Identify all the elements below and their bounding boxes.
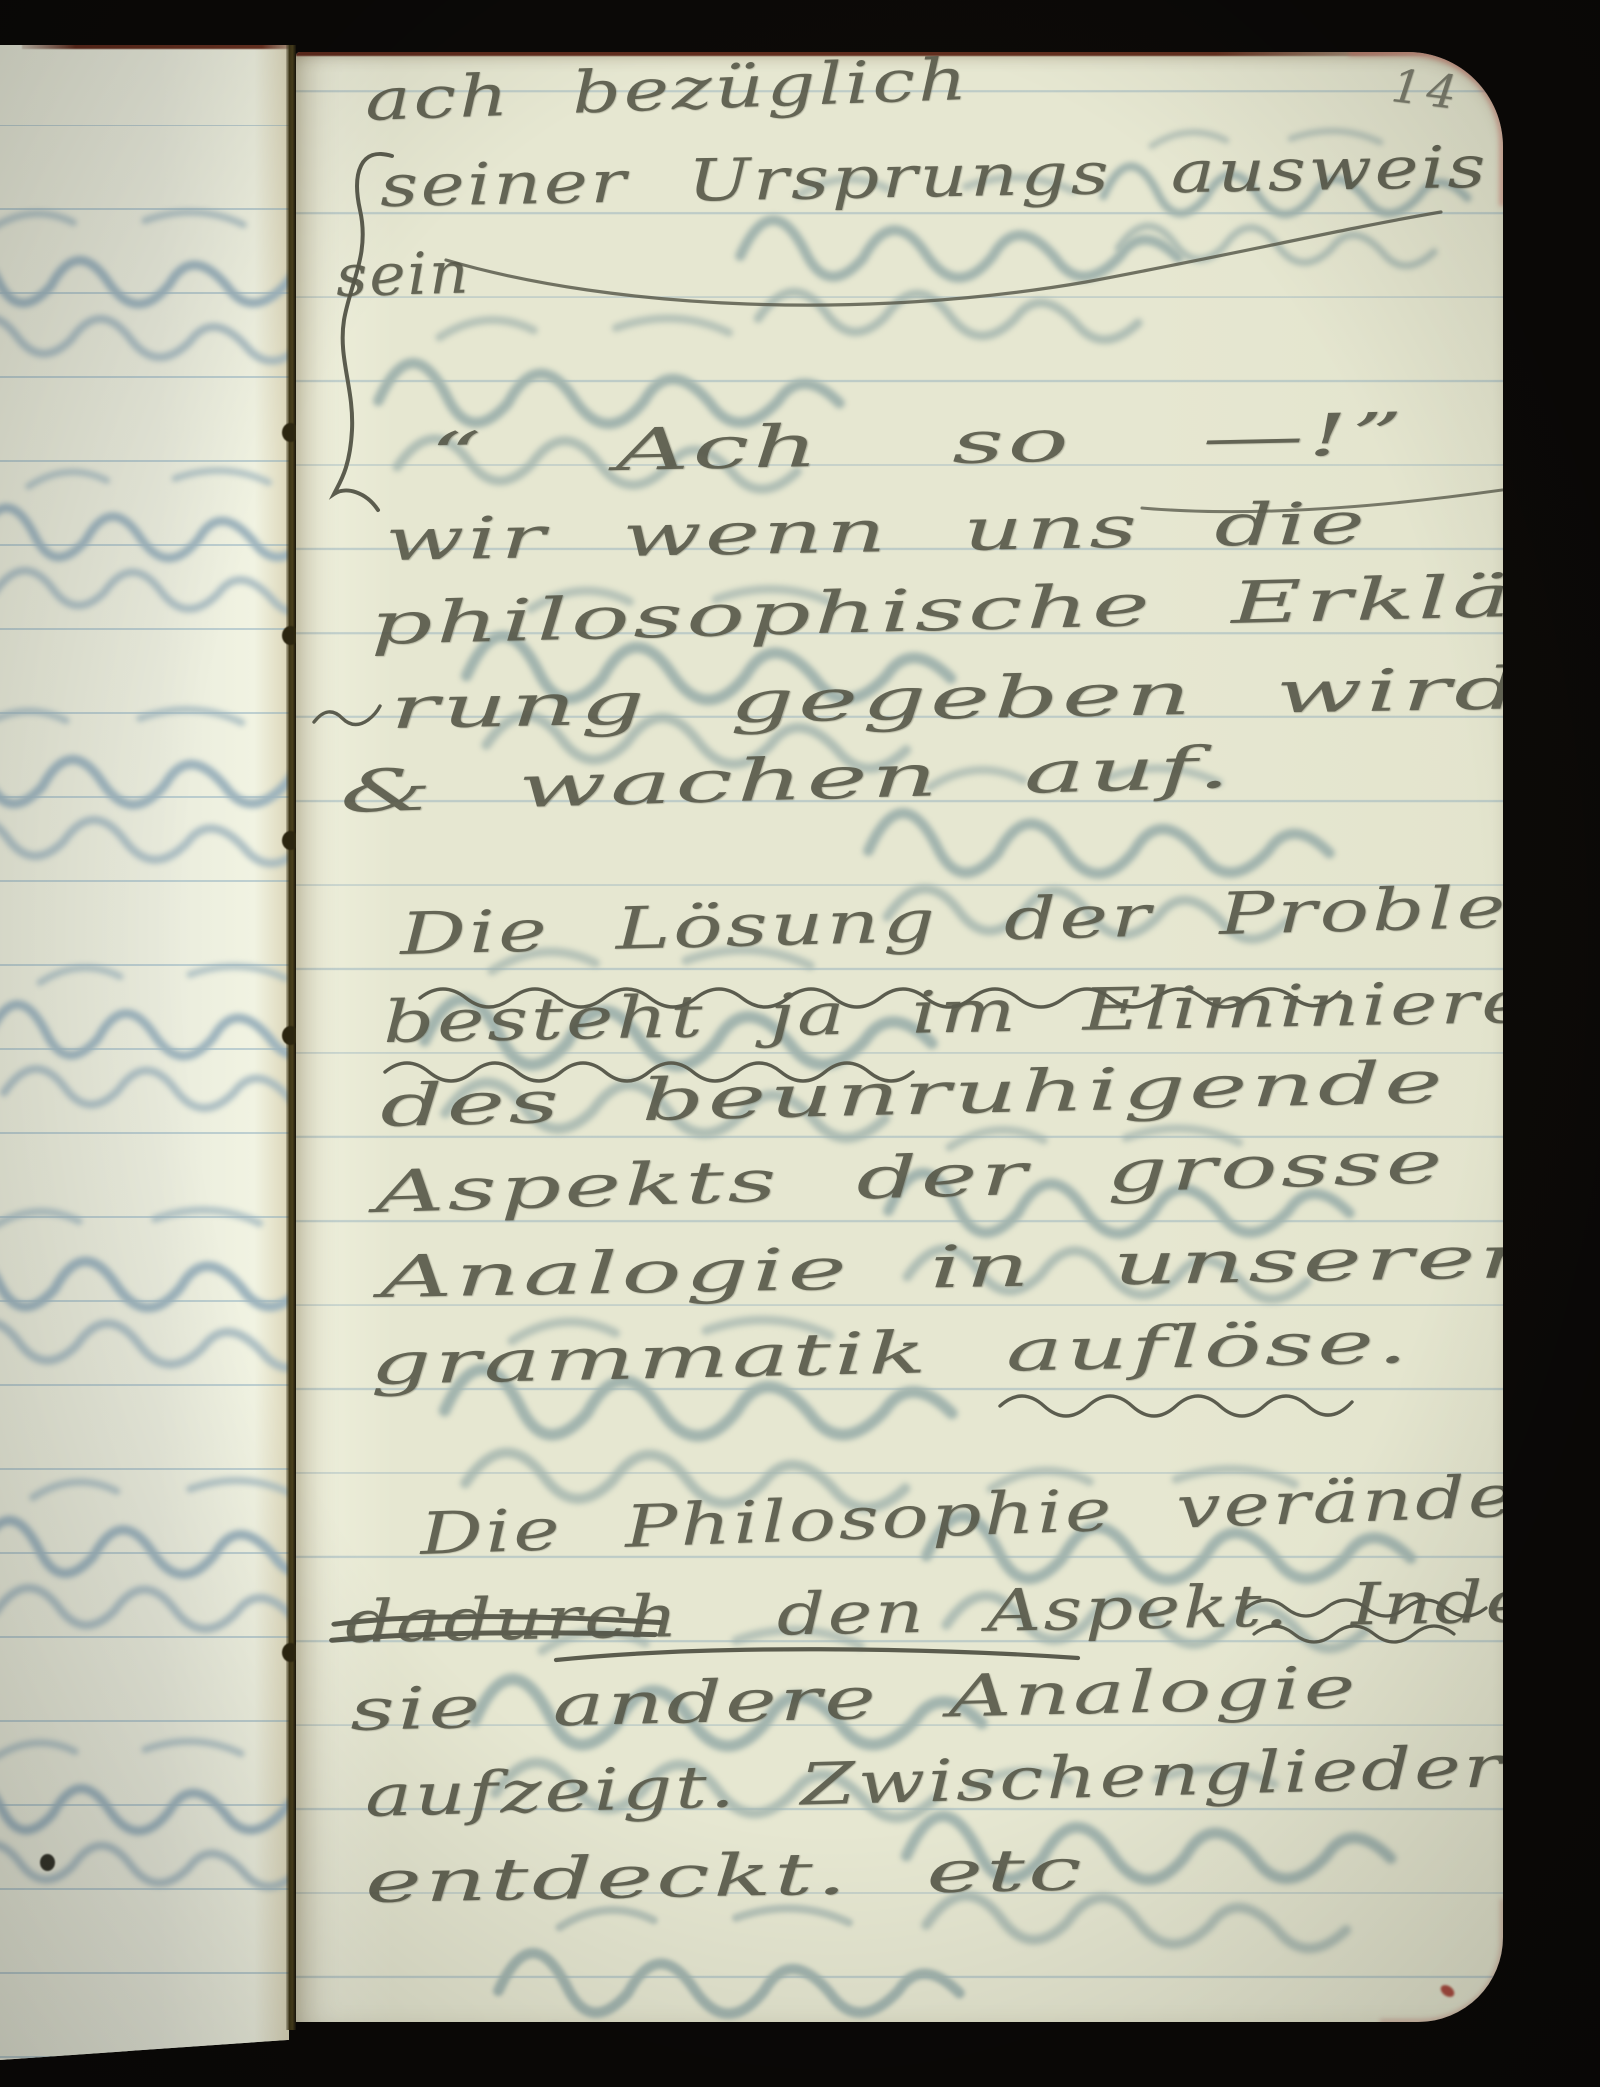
bleedthrough-ghost <box>0 1195 289 1380</box>
wavy-underline <box>1246 1592 1503 1652</box>
straight-underline <box>552 1640 1082 1670</box>
wavy-underline <box>385 1054 915 1088</box>
bleedthrough-ghost <box>0 195 289 375</box>
margin-squiggle-mark <box>308 692 384 742</box>
left-page-top-edge <box>22 45 289 49</box>
left-page-edge <box>0 45 289 2060</box>
bleedthrough-ghost <box>0 1465 289 1645</box>
red-edge-spot <box>1438 1983 1456 2000</box>
bleedthrough-ghost <box>0 950 289 1125</box>
page-number: 14 <box>1389 58 1466 120</box>
handwritten-line: sein <box>335 238 471 309</box>
flourish-stroke <box>1136 472 1503 522</box>
ink-blot <box>40 1854 55 1871</box>
bleedthrough-ghost <box>0 1725 289 1900</box>
manuscript-page: 14 ach bezüglich seiner Ursprungs auswei… <box>296 52 1503 2022</box>
bleedthrough-ghost <box>0 455 289 625</box>
notebook-photo: 14 ach bezüglich seiner Ursprungs auswei… <box>0 0 1600 2087</box>
handwritten-line: entdeckt. etc <box>364 1835 1085 1916</box>
flourish-stroke <box>436 202 1456 322</box>
handwritten-line: ach bezüglich <box>364 52 971 134</box>
wavy-underline <box>1000 1386 1350 1422</box>
bleedthrough-ghost <box>0 695 289 875</box>
wavy-underline <box>420 980 1350 1014</box>
